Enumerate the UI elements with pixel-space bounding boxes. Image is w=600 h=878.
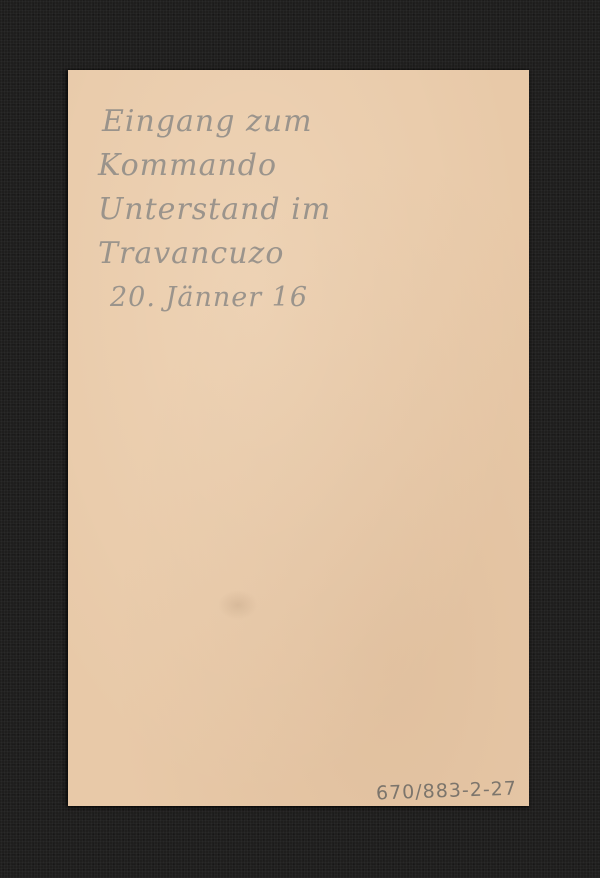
inscription-line: Kommando [98, 144, 331, 188]
inscription-line: Eingang zum [102, 100, 331, 144]
inscription-line: Unterstand im [98, 188, 331, 232]
inscription-line: Travancuzo [98, 232, 331, 276]
paper-smudge [218, 590, 258, 620]
archival-card: Eingang zum Kommando Unterstand im Trava… [68, 70, 529, 806]
inscription-date: 20. Jänner 16 [110, 276, 331, 320]
archive-reference-number: 670/883-2-27 [376, 778, 518, 805]
pencil-inscription: Eingang zum Kommando Unterstand im Trava… [98, 100, 331, 320]
